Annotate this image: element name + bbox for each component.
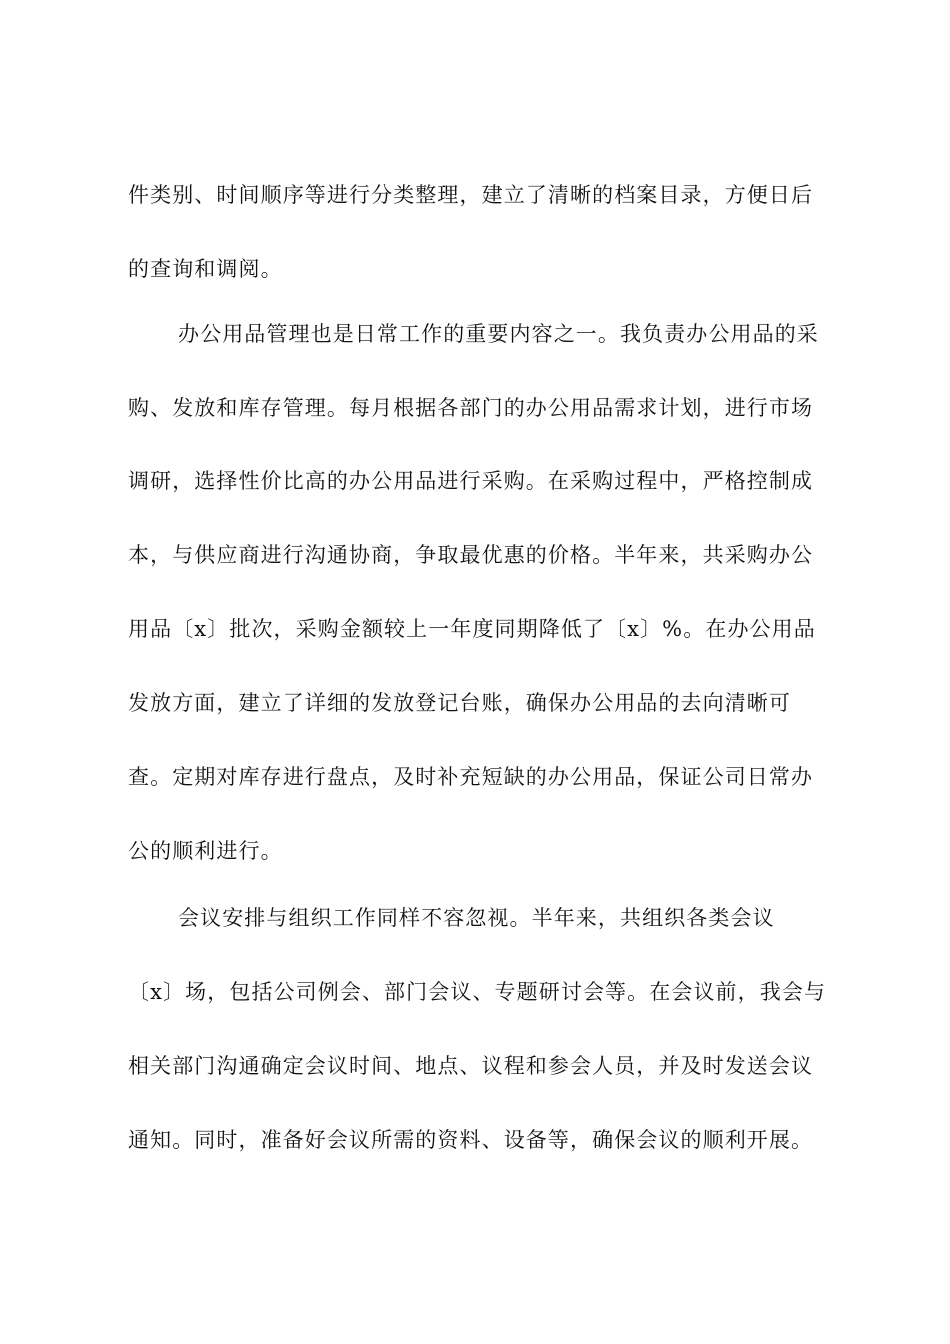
text-line: 查。定期对库存进行盘点，及时补充短缺的办公用品，保证公司日常办 bbox=[128, 764, 813, 790]
text-line: 通知。同时，准备好会议所需的资料、设备等，确保会议的顺利开展。 bbox=[128, 1127, 813, 1153]
text-line: 本，与供应商进行沟通协商，争取最优惠的价格。半年来，共采购办公 bbox=[128, 542, 813, 568]
text-line: 会议安排与组织工作同样不容忽视。半年来，共组织各类会议 bbox=[178, 905, 775, 931]
text-line: 办公用品管理也是日常工作的重要内容之一。我负责办公用品的采 bbox=[178, 321, 819, 347]
text-line: 的查询和调阅。 bbox=[128, 256, 283, 282]
document-page: 件类别、时间顺序等进行分类整理，建立了清晰的档案目录，方便日后 的查询和调阅。 … bbox=[0, 0, 950, 1344]
text-line: 公的顺利进行。 bbox=[128, 838, 283, 864]
text-line: 调研，选择性价比高的办公用品进行采购。在采购过程中，严格控制成 bbox=[128, 468, 813, 494]
text-line: 相关部门沟通确定会议时间、地点、议程和参会人员，并及时发送会议 bbox=[128, 1053, 813, 1079]
text-line: 购、发放和库存管理。每月根据各部门的办公用品需求计划，进行市场 bbox=[128, 395, 813, 421]
text-line: 发放方面，建立了详细的发放登记台账，确保办公用品的去向清晰可 bbox=[128, 690, 791, 716]
text-line: 件类别、时间顺序等进行分类整理，建立了清晰的档案目录，方便日后 bbox=[128, 182, 813, 208]
text-line: 用品〔x〕批次，采购金额较上一年度同期降低了〔x〕%。在办公用品 bbox=[128, 616, 816, 642]
text-line: 〔x〕场，包括公司例会、部门会议、专题研讨会等。在会议前，我会与 bbox=[128, 979, 826, 1005]
